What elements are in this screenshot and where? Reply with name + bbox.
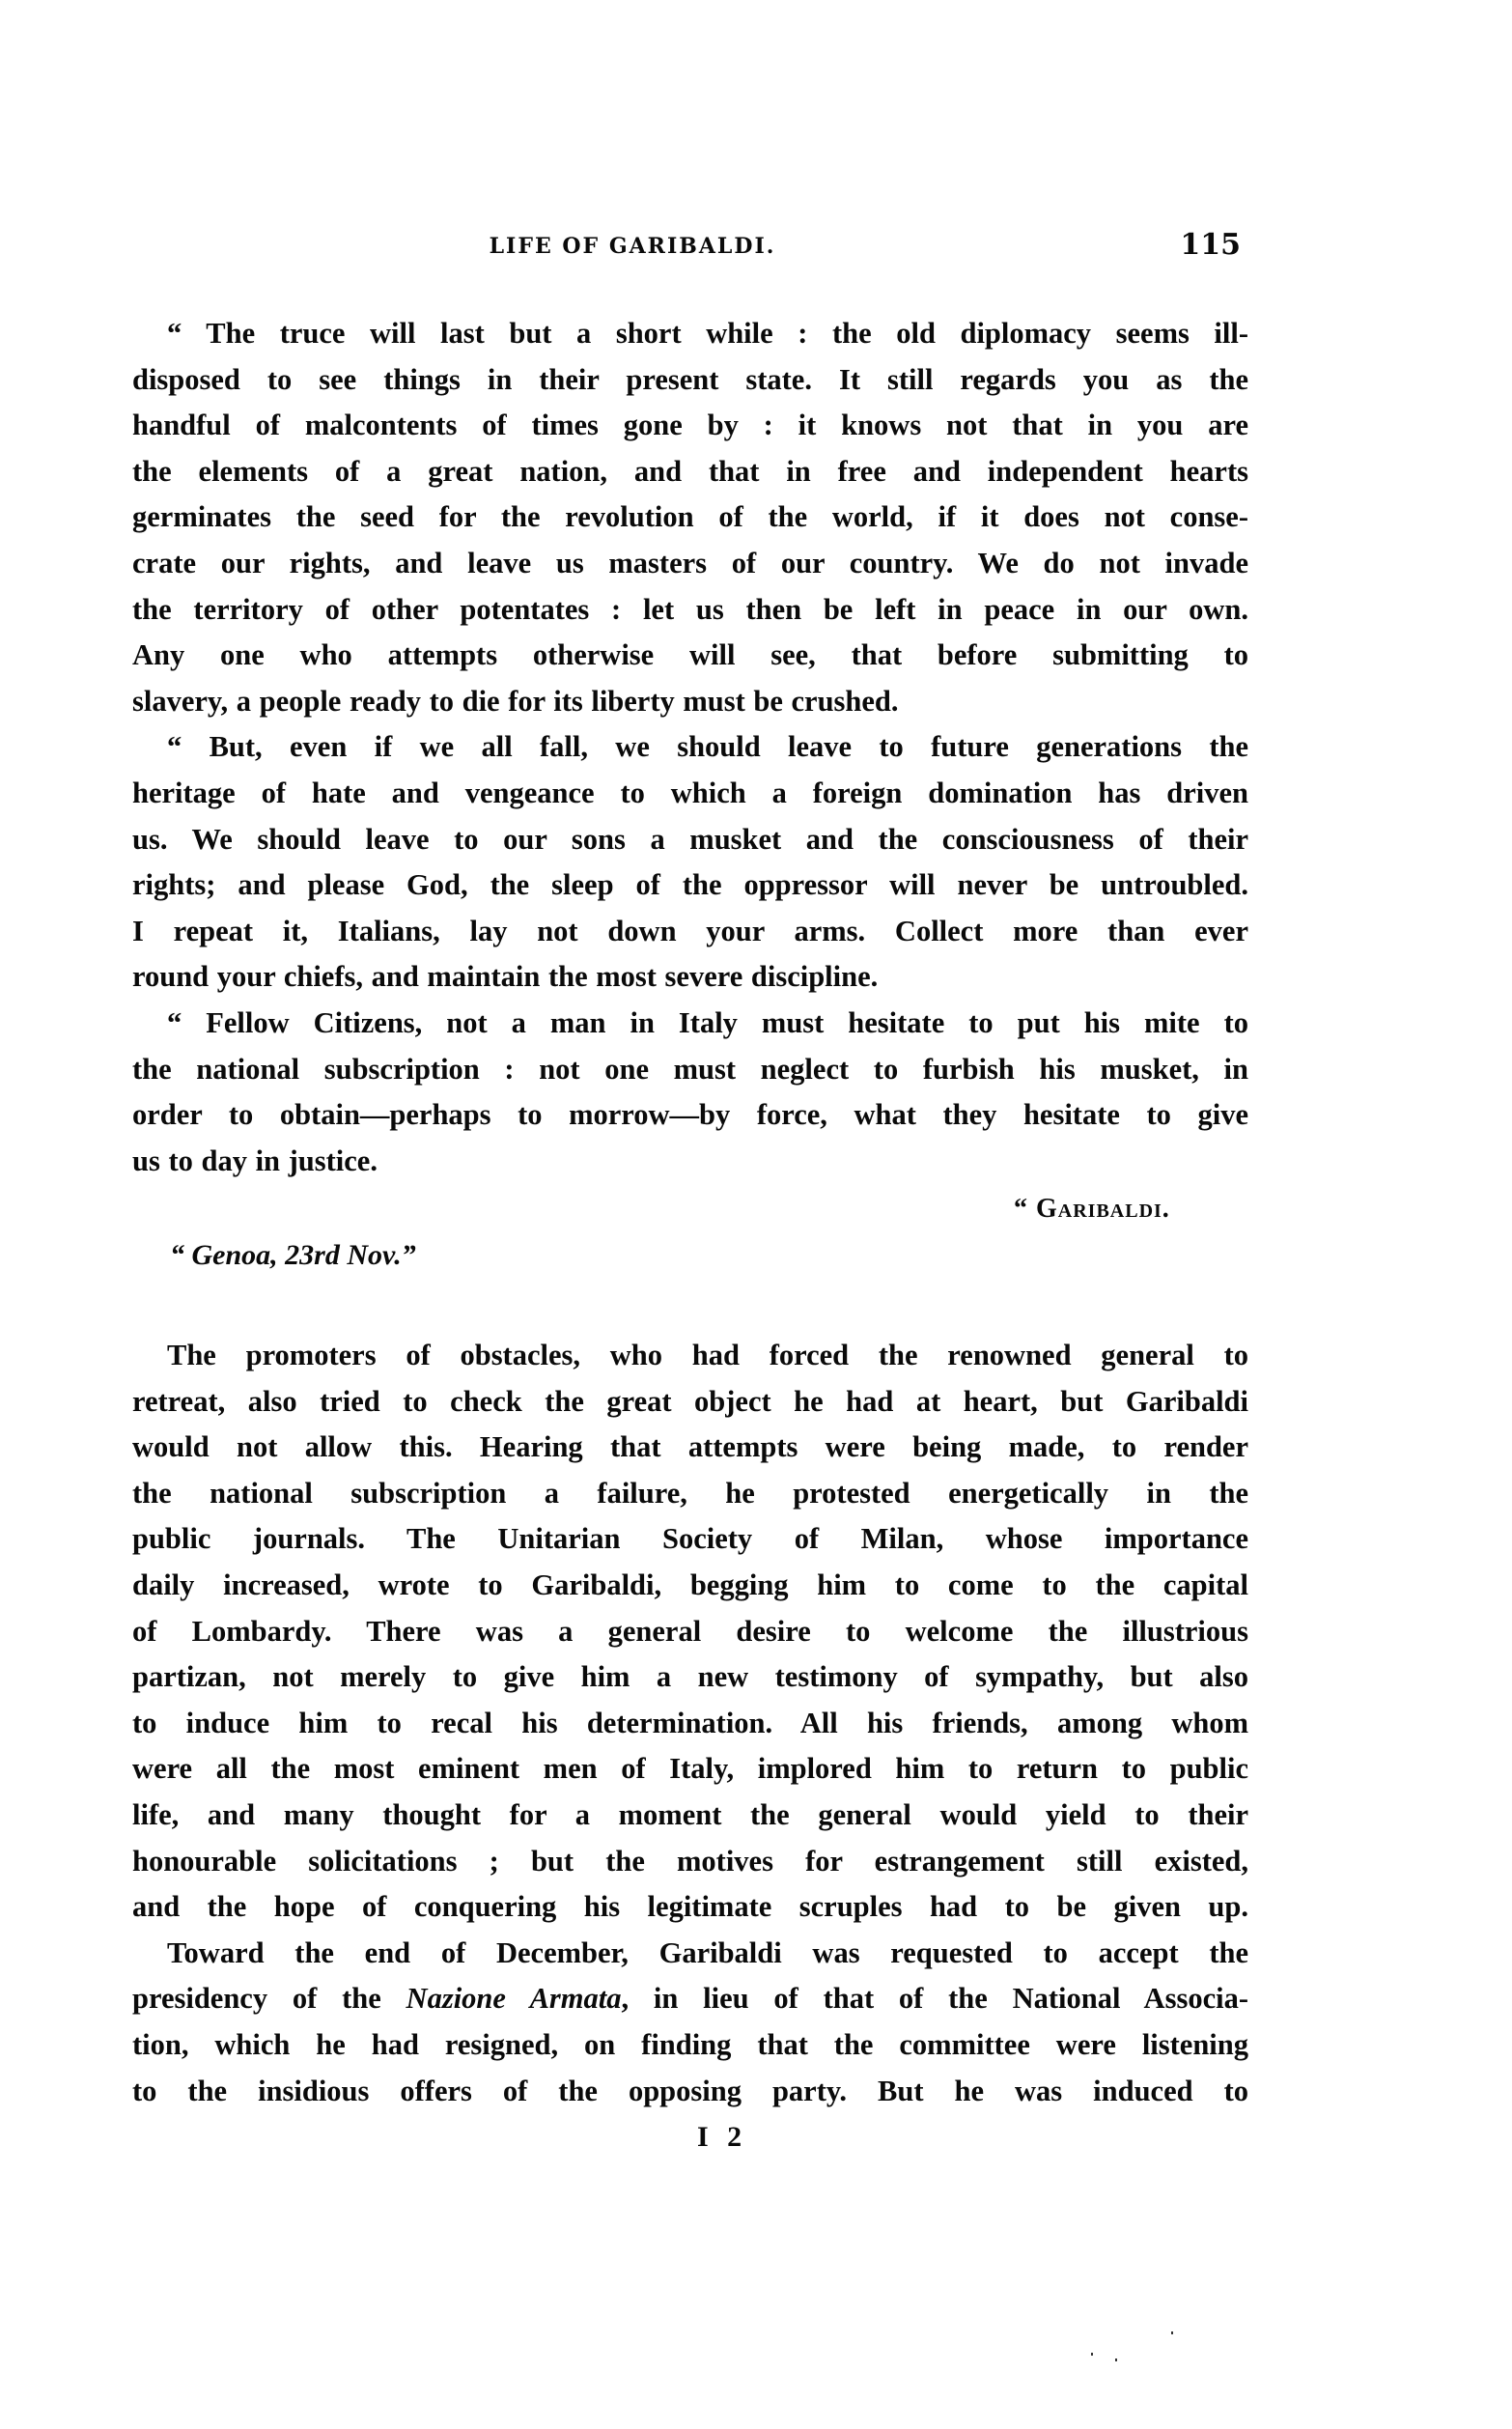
- text-line: the national subscription : not one must…: [132, 1047, 1248, 1093]
- quotation-block: “ The truce will last but a short while …: [132, 311, 1248, 1184]
- text-line: and the hope of conquering his legitimat…: [132, 1884, 1248, 1931]
- text-line: partizan, not merely to give him a new t…: [132, 1654, 1248, 1701]
- text-line: heritage of hate and vengeance to which …: [132, 771, 1248, 817]
- text-line: public journals. The Unitarian Society o…: [132, 1516, 1248, 1563]
- text-line: retreat, also tried to check the great o…: [132, 1379, 1248, 1426]
- text-line: presidency of the Nazione Armata, in lie…: [132, 1976, 1248, 2022]
- text-line: slavery, a people ready to die for its l…: [132, 679, 1248, 725]
- text-line: rights; and please God, the sleep of the…: [132, 862, 1248, 909]
- quote-signature: “ Garibaldi.: [1014, 1194, 1170, 1225]
- text-line: the territory of other potentates : let …: [132, 587, 1248, 634]
- text-line: germinates the seed for the revolution o…: [132, 494, 1248, 541]
- text-line: Toward the end of December, Garibaldi wa…: [132, 1931, 1248, 1977]
- text-line: “ The truce will last but a short while …: [132, 311, 1248, 357]
- text-line: the national subscription a failure, he …: [132, 1471, 1248, 1517]
- book-page: LIFE OF GARIBALDI. 115 “ The truce will …: [0, 0, 1512, 2429]
- text-line: of Lombardy. There was a general desire …: [132, 1609, 1248, 1655]
- text-line: tion, which he had resigned, on finding …: [132, 2022, 1248, 2069]
- text-line: I repeat it, Italians, lay not down your…: [132, 909, 1248, 955]
- text-line: were all the most eminent men of Italy, …: [132, 1746, 1248, 1793]
- narrative-paragraph-2: Toward the end of December, Garibaldi wa…: [132, 1931, 1248, 2114]
- running-title: LIFE OF GARIBALDI.: [132, 234, 1248, 259]
- running-title-text: LIFE OF GARIBALDI.: [490, 234, 776, 259]
- text-line: us. We should leave to our sons a musket…: [132, 817, 1248, 863]
- text-line: “ But, even if we all fall, we should le…: [132, 724, 1248, 771]
- running-head: LIFE OF GARIBALDI. 115: [132, 228, 1248, 267]
- scan-speck: [1091, 2353, 1093, 2356]
- text-line: The promoters of obstacles, who had forc…: [132, 1333, 1248, 1379]
- text-line: the elements of a great nation, and that…: [132, 449, 1248, 495]
- text-segment: presidency of the: [132, 1982, 406, 2015]
- text-line: “ Fellow Citizens, not a man in Italy mu…: [132, 1001, 1248, 1047]
- text-line: round your chiefs, and maintain the most…: [132, 954, 1248, 1001]
- page-number: 115: [1180, 228, 1241, 262]
- quote-paragraph-3: “ Fellow Citizens, not a man in Italy mu…: [132, 1001, 1248, 1184]
- narrative-paragraph-1: The promoters of obstacles, who had forc…: [132, 1333, 1248, 1931]
- text-line: to the insidious offers of the opposing …: [132, 2069, 1248, 2115]
- text-line: us to day in justice.: [132, 1139, 1248, 1185]
- italic-title: Nazione Armata: [406, 1982, 622, 2015]
- text-line: to induce him to recal his determination…: [132, 1701, 1248, 1747]
- text-line: Any one who attempts otherwise will see,…: [132, 633, 1248, 679]
- quote-paragraph-1: “ The truce will last but a short while …: [132, 311, 1248, 724]
- text-line: crate our rights, and leave us masters o…: [132, 541, 1248, 587]
- text-line: handful of malcontents of times gone by …: [132, 403, 1248, 449]
- text-line: life, and many thought for a moment the …: [132, 1793, 1248, 1839]
- text-line: honourable solicitations ; but the motiv…: [132, 1839, 1248, 1885]
- printer-signature-mark: I 2: [697, 2121, 747, 2154]
- text-line: disposed to see things in their present …: [132, 357, 1248, 404]
- quote-paragraph-2: “ But, even if we all fall, we should le…: [132, 724, 1248, 1001]
- quote-dateline: “ Genoa, 23rd Nov.”: [170, 1239, 416, 1272]
- text-segment: , in lieu of that of the National Associ…: [622, 1982, 1248, 2015]
- text-line: would not allow this. Hearing that attem…: [132, 1425, 1248, 1471]
- text-line: order to obtain—perhaps to morrow—by for…: [132, 1092, 1248, 1139]
- scan-speck: [1171, 2331, 1173, 2334]
- text-line: daily increased, wrote to Garibaldi, beg…: [132, 1563, 1248, 1609]
- scan-speck: [1115, 2358, 1117, 2361]
- narrative-block: The promoters of obstacles, who had forc…: [132, 1333, 1248, 2114]
